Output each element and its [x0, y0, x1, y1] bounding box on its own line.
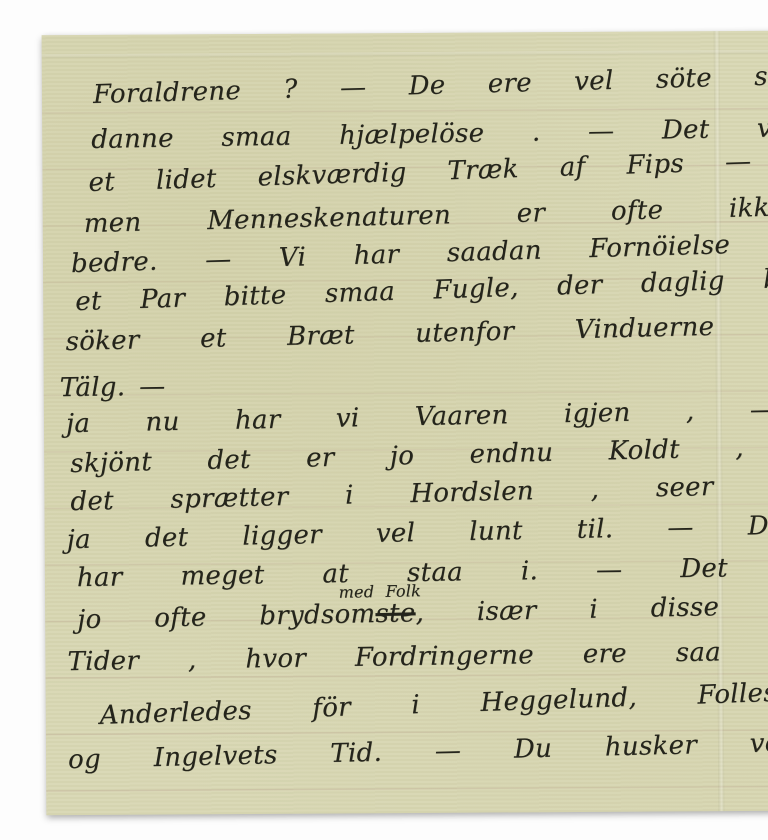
paper-crease-horizontal	[42, 50, 768, 59]
handwritten-line-3: et lidet elskværdig Træk af Fips —	[88, 147, 752, 198]
handwritten-line-1: Foraldrene ? — De ere vel söte saa	[93, 61, 768, 110]
handwritten-line-16: Anderledes för i Heggelund, Folleshad	[99, 676, 768, 731]
line14-insertion-above: med Folk	[339, 581, 422, 602]
handwritten-line-15: Tider , hvor Fordringerne ere saa store.	[67, 636, 768, 678]
handwritten-line-8: Tälg. —	[60, 372, 166, 404]
handwritten-line-11: det sprætter i Hordslen , seer Du,	[70, 470, 768, 518]
line14-text-before: jo ofte brydsom	[77, 599, 376, 635]
letter-scan-background: Foraldrene ? — De ere vel söte saa danne…	[0, 0, 768, 840]
line14-text-after: , især i disse	[415, 592, 719, 628]
handwritten-line-10: skjönt det er jo endnu Koldt , —	[70, 431, 768, 479]
handwritten-line-14: jo ofte brydsomste, især i disse med Fol…	[77, 592, 720, 635]
letter-paper: Foraldrene ? — De ere vel söte saa danne…	[42, 31, 768, 816]
handwritten-line-12: ja det ligger vel lunt til. — Du	[66, 511, 768, 555]
handwritten-line-13: har meget at staa i. — Det er	[77, 552, 768, 593]
handwritten-line-17: og Ingelvets Tid. — Du husker vel	[68, 728, 768, 775]
line14-struck-letters: ste	[375, 598, 416, 629]
handwritten-line-9: ja nu har vi Vaaren igjen , —	[66, 395, 768, 439]
handwritten-line-7: söker et Bræt utenfor Vinduerne med	[65, 309, 768, 357]
